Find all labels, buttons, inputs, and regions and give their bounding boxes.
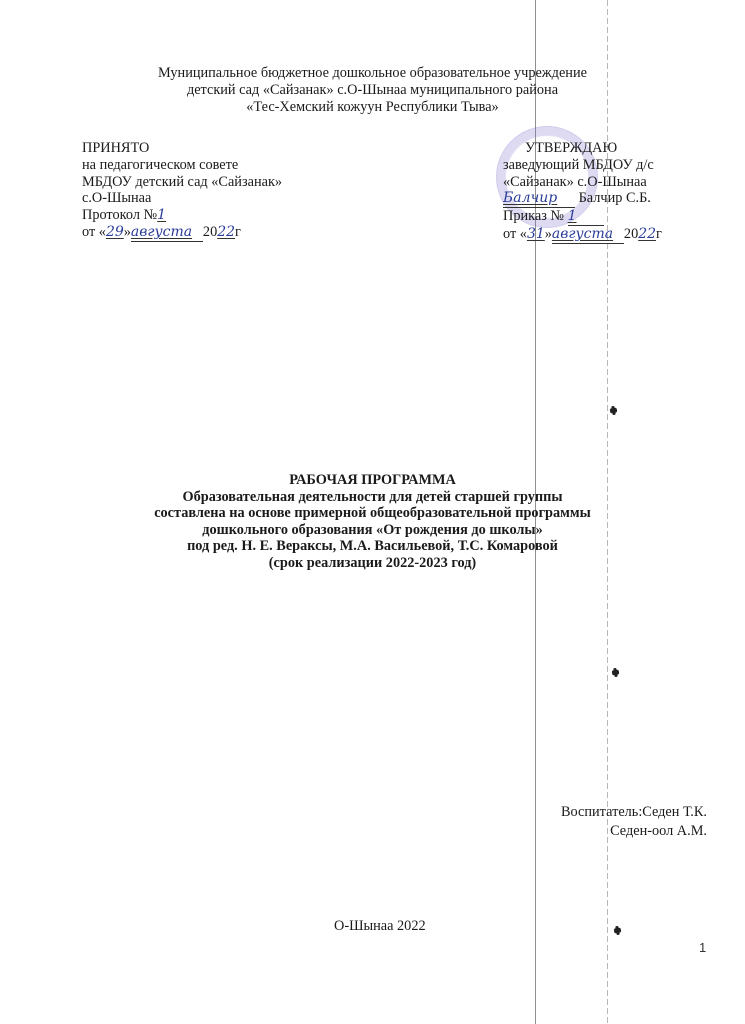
accepted-date-line: от «29»августа2022г: [82, 224, 282, 242]
approved-line: «Сайзанак» с.О-Шынаа: [503, 174, 662, 191]
approved-title: УТВЕРЖДАЮ: [503, 140, 662, 157]
header-line: детский сад «Сайзанак» с.О-Шынаа муницип…: [0, 82, 745, 99]
authors-block: Воспитатель:Седен Т.К. Седен-оол А.М.: [561, 803, 707, 841]
date-day: 31: [527, 226, 545, 242]
protocol-line: Протокол №1: [82, 207, 282, 224]
handwritten-signature: Балчир: [503, 190, 575, 208]
order-number: 1: [568, 208, 604, 226]
header-line: Муниципальное бюджетное дошкольное образ…: [0, 65, 745, 82]
accepted-block: ПРИНЯТО на педагогическом совете МБДОУ д…: [82, 140, 282, 242]
protocol-label: Протокол №: [82, 207, 157, 223]
program-title: РАБОЧАЯ ПРОГРАММА: [0, 472, 745, 489]
accepted-line: МБДОУ детский сад «Сайзанак»: [82, 174, 282, 191]
signer-name: Балчир С.Б.: [575, 190, 651, 206]
accepted-line: на педагогическом совете: [82, 157, 282, 174]
scan-blot-mark: [612, 669, 620, 675]
date-month: августа: [131, 224, 203, 242]
author-line: Седен-оол А.М.: [561, 822, 707, 841]
date-year-suffix: 22: [638, 226, 656, 242]
program-term: (срок реализации 2022-2023 год): [0, 555, 745, 572]
signature-line: Балчир Балчир С.Б.: [503, 190, 662, 208]
date-quote: »: [124, 224, 131, 240]
date-day: 29: [106, 224, 124, 240]
accepted-title: ПРИНЯТО: [82, 140, 282, 157]
program-title-block: РАБОЧАЯ ПРОГРАММА Образовательная деятел…: [0, 472, 745, 571]
date-quote: »: [545, 226, 552, 242]
date-suffix: г: [235, 224, 241, 240]
approved-block: УТВЕРЖДАЮ заведующий МБДОУ д/с «Сайзанак…: [503, 140, 662, 244]
author-line: Воспитатель:Седен Т.К.: [561, 803, 707, 822]
page-number: 1: [699, 940, 706, 955]
accepted-line: с.О-Шынаа: [82, 190, 282, 207]
program-subtitle-line: дошкольного образования «От рождения до …: [0, 522, 745, 539]
date-year-prefix: 20: [203, 224, 217, 240]
program-subtitle-line: под ред. Н. Е. Вераксы, М.А. Васильевой,…: [0, 538, 745, 555]
scan-blot-mark: [610, 407, 618, 413]
scan-blot-mark: [614, 927, 622, 933]
date-year-suffix: 22: [217, 224, 235, 240]
place-year: О-Шынаа 2022: [334, 918, 426, 935]
date-suffix: г: [656, 226, 662, 242]
protocol-number: 1: [157, 207, 166, 223]
date-prefix: от «: [503, 226, 527, 242]
institution-header: Муниципальное бюджетное дошкольное образ…: [0, 65, 745, 116]
program-subtitle-line: составлена на основе примерной общеобраз…: [0, 505, 745, 522]
approved-line: заведующий МБДОУ д/с: [503, 157, 662, 174]
date-prefix: от «: [82, 224, 106, 240]
approved-date-line: от «31»августа2022г: [503, 226, 662, 244]
header-line: «Тес-Хемский кожуун Республики Тыва»: [0, 99, 745, 116]
order-label: Приказ №: [503, 208, 568, 224]
order-line: Приказ № 1: [503, 208, 662, 226]
program-subtitle-line: Образовательная деятельности для детей с…: [0, 489, 745, 506]
date-month: августа: [552, 226, 624, 244]
date-year-prefix: 20: [624, 226, 638, 242]
